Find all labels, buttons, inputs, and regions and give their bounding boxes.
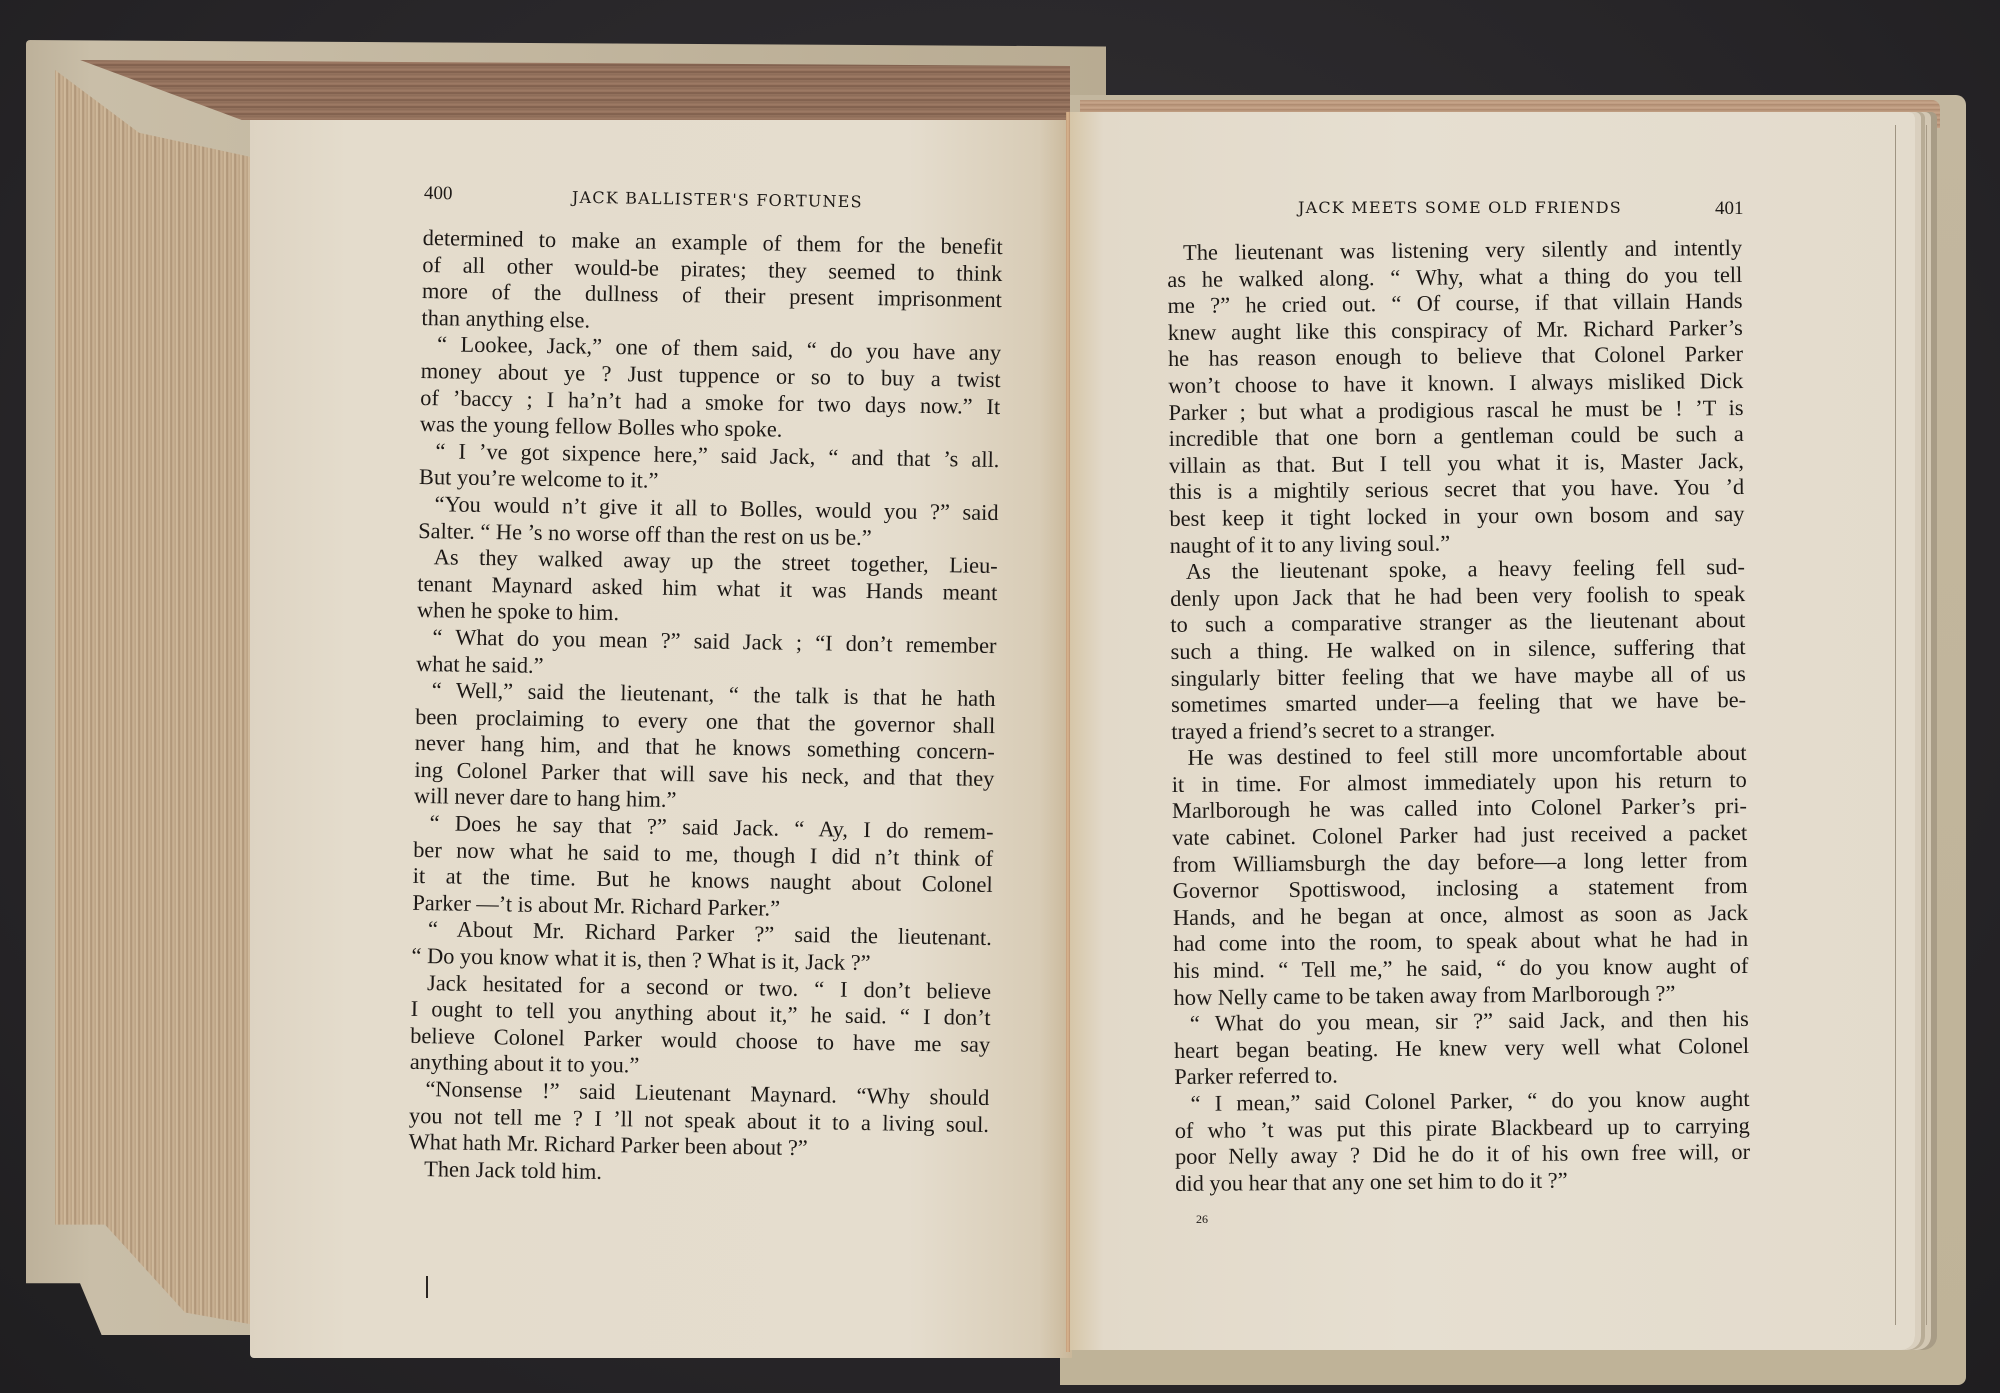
stray-ink-mark [426,1276,428,1298]
left-page-body: determined to make an example of them fo… [408,225,1003,1191]
text-line: poor Nelly away ? Did he do it of his ow… [1175,1139,1750,1171]
text-line: heart began beating. He knew very well w… [1174,1033,1749,1065]
right-page-body: The lieutenant was listening very silent… [1167,235,1750,1197]
right-page-number: 401 [1715,198,1744,220]
left-page-number: 400 [424,183,453,205]
text-line: best keep it tight locked in your own bo… [1169,501,1744,533]
text-line: did you hear that any one set him to do … [1175,1166,1750,1198]
book-gutter [1066,112,1070,1352]
signature-mark: 26 [1196,1212,1208,1227]
right-page-edges [1895,125,1927,1325]
text-line: sometimes smarted under—a feeling that w… [1171,687,1746,719]
right-running-head: JACK MEETS SOME OLD FRIENDS [1298,198,1622,217]
fore-edge-page-stack [55,70,255,1325]
